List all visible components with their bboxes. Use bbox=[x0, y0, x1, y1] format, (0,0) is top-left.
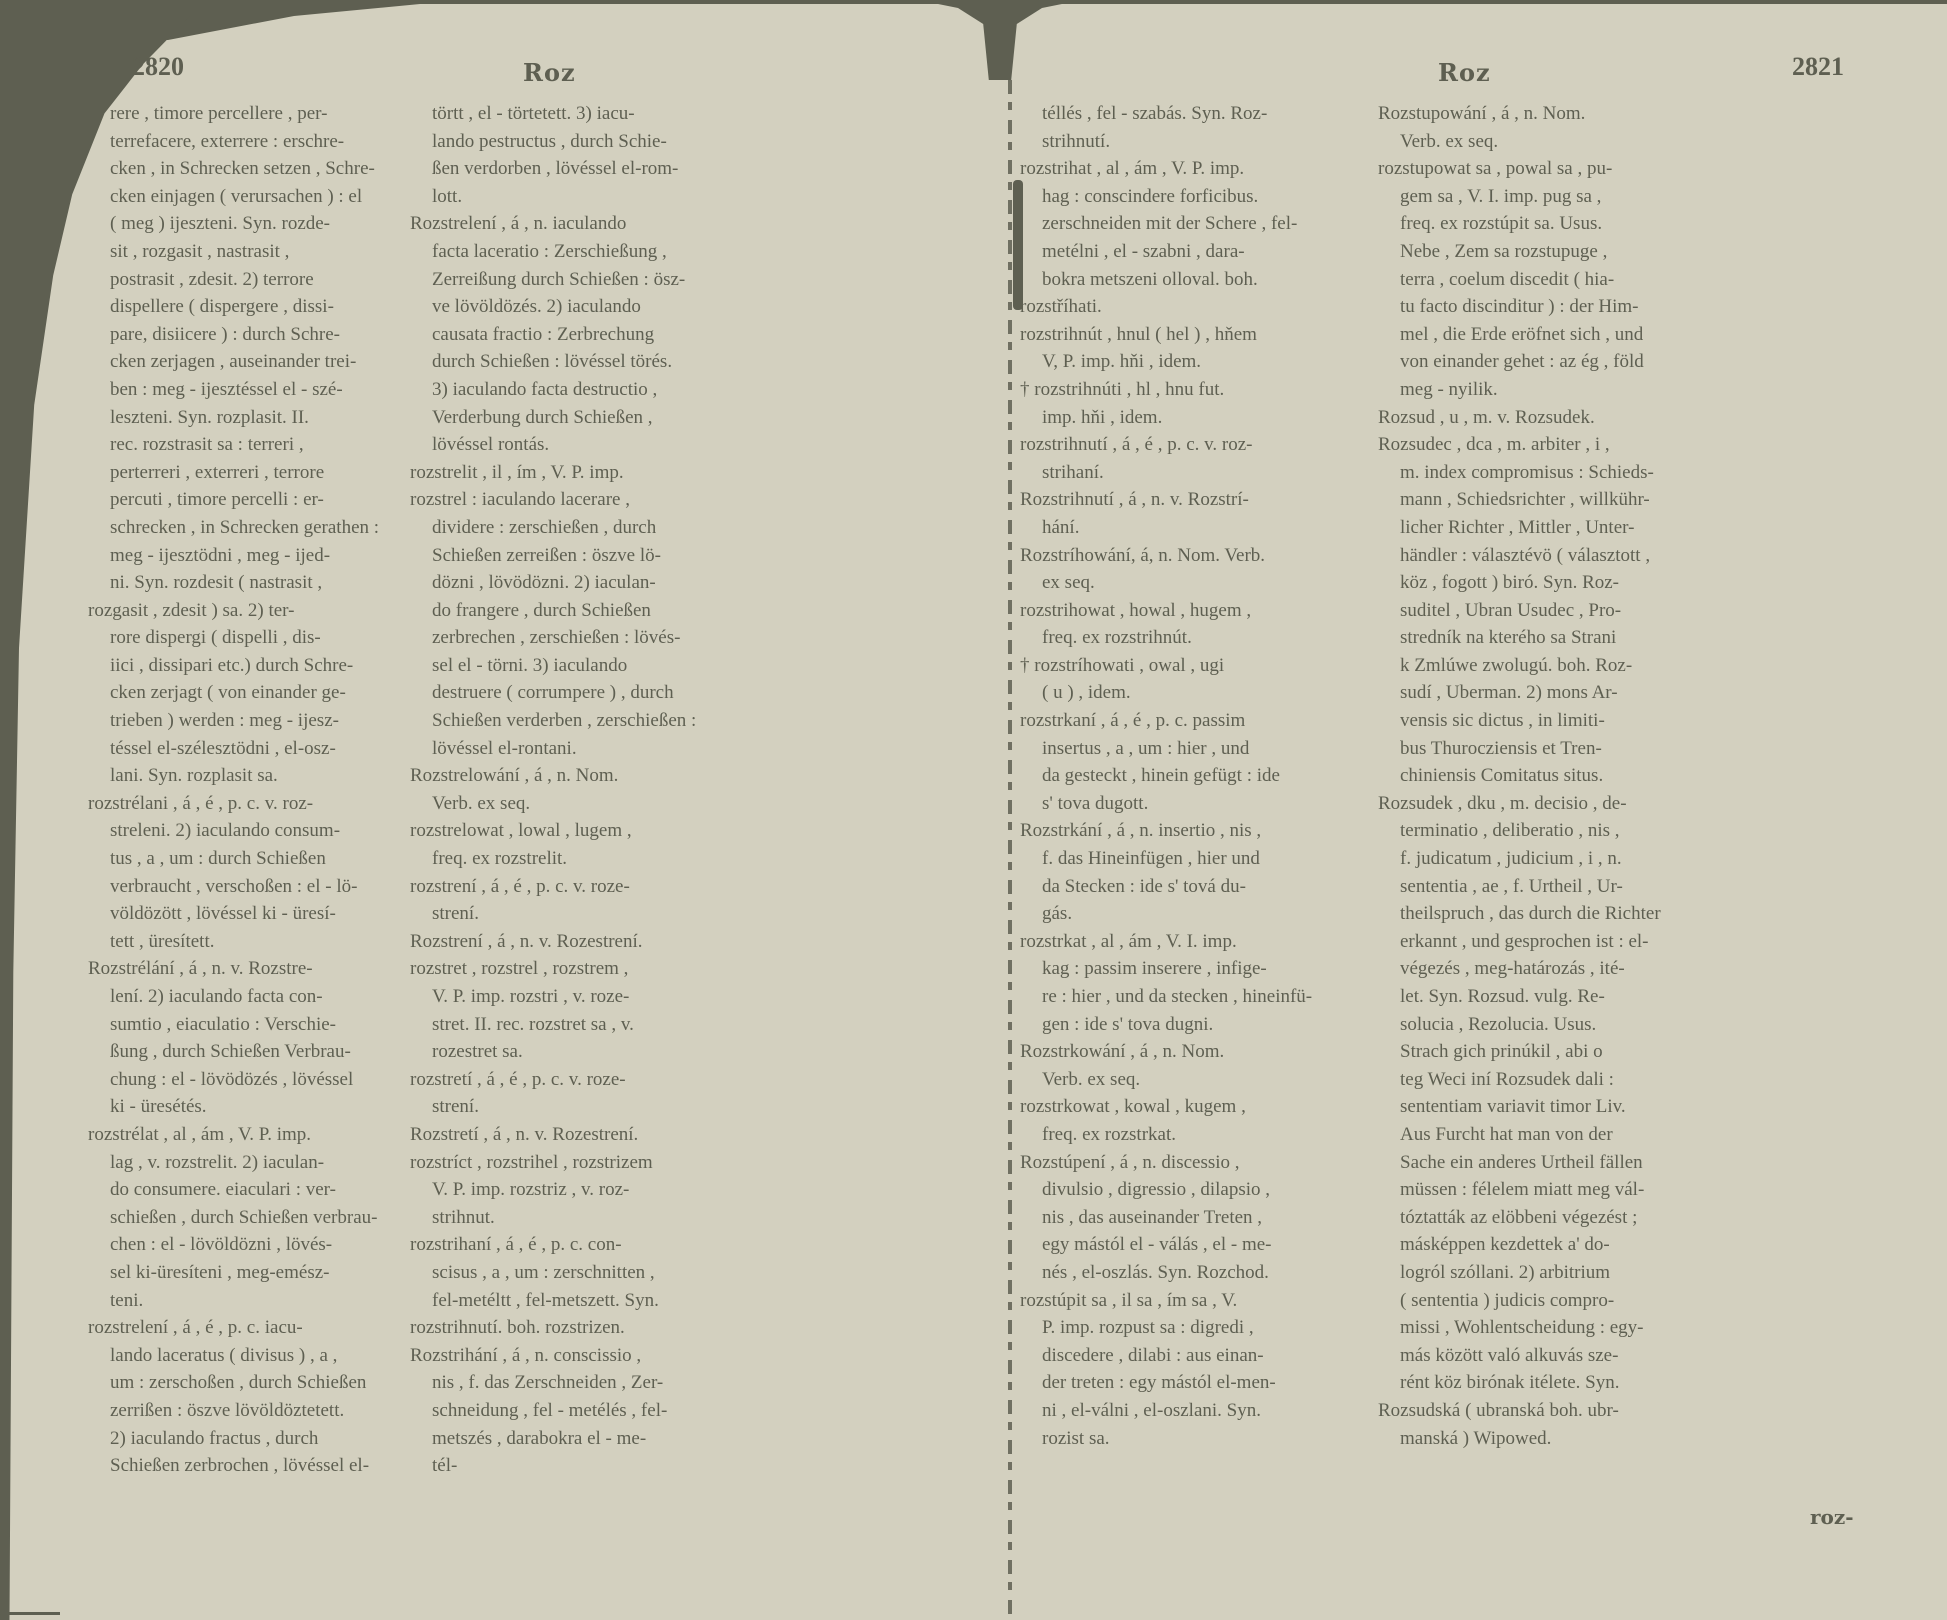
text-line: divulsio , digressio , dilapsio , bbox=[1020, 1176, 1372, 1204]
text-line: missi , Wohlentscheidung : egy- bbox=[1378, 1314, 1748, 1342]
text-line: sit , rozgasit , nastrasit , bbox=[88, 238, 438, 266]
text-line: dividere : zerschießen , durch bbox=[410, 514, 755, 542]
text-line: rozstříhati. bbox=[1020, 293, 1372, 321]
text-line: pare, disiicere ) : durch Schre- bbox=[88, 321, 438, 349]
text-line: hání. bbox=[1020, 514, 1372, 542]
text-line: f. judicatum , judicium , i , n. bbox=[1378, 845, 1748, 873]
text-line: Schießen verderben , zerschießen : bbox=[410, 707, 755, 735]
text-line: meg - nyilik. bbox=[1378, 376, 1748, 404]
text-line: Aus Furcht hat man von der bbox=[1378, 1121, 1748, 1149]
text-line: do frangere , durch Schießen bbox=[410, 597, 755, 625]
text-line: iici , dissipari etc.) durch Schre- bbox=[88, 652, 438, 680]
page-number-right: 2821 bbox=[1792, 52, 1844, 82]
text-line: lando pestructus , durch Schie- bbox=[410, 128, 755, 156]
text-line: müssen : félelem miatt meg vál- bbox=[1378, 1176, 1748, 1204]
text-line: 3) iaculando facta destructio , bbox=[410, 376, 755, 404]
text-line: tóztatták az elöbbeni végezést ; bbox=[1378, 1204, 1748, 1232]
text-line: da gesteckt , hinein gefügt : ide bbox=[1020, 762, 1372, 790]
text-line: lení. 2) iaculando facta con- bbox=[88, 983, 438, 1011]
text-line: cken einjagen ( verursachen ) : el bbox=[88, 183, 438, 211]
text-line: do consumere. eiaculari : ver- bbox=[88, 1176, 438, 1204]
text-line: Rozsudek , dku , m. decisio , de- bbox=[1378, 790, 1748, 818]
text-line: freq. ex rozstrelit. bbox=[410, 845, 755, 873]
text-line: scisus , a , um : zerschnitten , bbox=[410, 1259, 755, 1287]
text-line: nés , el-oszlás. Syn. Rozchod. bbox=[1020, 1259, 1372, 1287]
text-line: sel ki-üresíteni , meg-emész- bbox=[88, 1259, 438, 1287]
text-line: lövéssel el-rontani. bbox=[410, 735, 755, 763]
text-line: V. P. imp. rozstriz , v. roz- bbox=[410, 1176, 755, 1204]
text-line: Strach gich prinúkil , abi o bbox=[1378, 1038, 1748, 1066]
text-line: logról szóllani. 2) arbitrium bbox=[1378, 1259, 1748, 1287]
text-line: Rozsudská ( ubranská boh. ubr- bbox=[1378, 1397, 1748, 1425]
text-line: cken , in Schrecken setzen , Schre- bbox=[88, 155, 438, 183]
text-line: Schießen zerbrochen , lövéssel el- bbox=[88, 1452, 438, 1480]
text-line: rozstrelowat , lowal , lugem , bbox=[410, 817, 755, 845]
text-line: Rozstrelowání , á , n. Nom. bbox=[410, 762, 755, 790]
text-line: rozstrkaní , á , é , p. c. passim bbox=[1020, 707, 1372, 735]
text-line: rozist sa. bbox=[1020, 1425, 1372, 1453]
text-line: teg Weci iní Rozsudek dali : bbox=[1378, 1066, 1748, 1094]
text-line: hag : conscindere forficibus. bbox=[1020, 183, 1372, 211]
left-page-column-1: rere , timore percellere , per-terreface… bbox=[88, 100, 438, 1480]
text-line: schrecken , in Schrecken gerathen : bbox=[88, 514, 438, 542]
text-line: sudí , Uberman. 2) mons Ar- bbox=[1378, 679, 1748, 707]
text-line: stredník na kterého sa Strani bbox=[1378, 624, 1748, 652]
text-line: Rozsud , u , m. v. Rozsudek. bbox=[1378, 404, 1748, 432]
right-page-column-2: Rozstupowání , á , n. Nom.Verb. ex seq.r… bbox=[1378, 100, 1748, 1452]
text-line: freq. ex rozstrkat. bbox=[1020, 1121, 1372, 1149]
text-line: rozstrihaní , á , é , p. c. con- bbox=[410, 1231, 755, 1259]
text-line: Rozstrkowání , á , n. Nom. bbox=[1020, 1038, 1372, 1066]
text-line: rozstrihowat , howal , hugem , bbox=[1020, 597, 1372, 625]
text-line: facta laceratio : Zerschießung , bbox=[410, 238, 755, 266]
text-line: strihnutí. bbox=[1020, 128, 1372, 156]
text-line: durch Schießen : lövéssel törés. bbox=[410, 348, 755, 376]
text-line: V, P. imp. hňi , idem. bbox=[1020, 348, 1372, 376]
text-line: más között való alkuvás sze- bbox=[1378, 1342, 1748, 1370]
text-line: chung : el - lövödözés , lövéssel bbox=[88, 1066, 438, 1094]
text-line: Sache ein anderes Urtheil fällen bbox=[1378, 1149, 1748, 1177]
text-line: sententia , ae , f. Urtheil , Ur- bbox=[1378, 873, 1748, 901]
text-line: strení. bbox=[410, 900, 755, 928]
text-line: rozstúpit sa , il sa , ím sa , V. bbox=[1020, 1287, 1372, 1315]
text-line: vensis sic dictus , in limiti- bbox=[1378, 707, 1748, 735]
text-line: rozstríct , rozstrihel , rozstrizem bbox=[410, 1149, 755, 1177]
text-line: rozgasit , zdesit ) sa. 2) ter- bbox=[88, 597, 438, 625]
text-line: bus Thurocziensis et Tren- bbox=[1378, 735, 1748, 763]
text-line: rozstrihnutí. boh. rozstrizen. bbox=[410, 1314, 755, 1342]
text-line: gem sa , V. I. imp. pug sa , bbox=[1378, 183, 1748, 211]
text-line: terrefacere, exterrere : erschre- bbox=[88, 128, 438, 156]
text-line: egy mástól el - válás , el - me- bbox=[1020, 1231, 1372, 1259]
text-line: rozstrihnutí , á , é , p. c. v. roz- bbox=[1020, 431, 1372, 459]
text-line: rént köz birónak itélete. Syn. bbox=[1378, 1369, 1748, 1397]
text-line: lag , v. rozstrelit. 2) iaculan- bbox=[88, 1149, 438, 1177]
text-line: Rozstrihání , á , n. conscissio , bbox=[410, 1342, 755, 1370]
text-line: mann , Schiedsrichter , willkühr- bbox=[1378, 486, 1748, 514]
text-line: rozstrihat , al , ám , V. P. imp. bbox=[1020, 155, 1372, 183]
text-line: másképpen kezdettek a' do- bbox=[1378, 1231, 1748, 1259]
text-line: terra , coelum discedit ( hia- bbox=[1378, 266, 1748, 294]
text-line: mel , die Erde eröfnet sich , und bbox=[1378, 321, 1748, 349]
text-line: suditel , Ubran Usudec , Pro- bbox=[1378, 597, 1748, 625]
text-line: rec. rozstrasit sa : terreri , bbox=[88, 431, 438, 459]
text-line: stret. II. rec. rozstret sa , v. bbox=[410, 1011, 755, 1039]
text-line: metélni , el - szabni , dara- bbox=[1020, 238, 1372, 266]
text-line: percuti , timore percelli : er- bbox=[88, 486, 438, 514]
text-line: cken zerjagen , auseinander trei- bbox=[88, 348, 438, 376]
text-line: lott. bbox=[410, 183, 755, 211]
text-line: ben : meg - ijesztéssel el - szé- bbox=[88, 376, 438, 404]
text-line: Schießen zerreißen : öszve lö- bbox=[410, 542, 755, 570]
text-line: tu facto discinditur ) : der Him- bbox=[1378, 293, 1748, 321]
text-line: rozstrkat , al , ám , V. I. imp. bbox=[1020, 928, 1372, 956]
text-line: metszés , darabokra el - me- bbox=[410, 1425, 755, 1453]
text-line: Rozstupowání , á , n. Nom. bbox=[1378, 100, 1748, 128]
text-line: völdözött , lövéssel ki - üresí- bbox=[88, 900, 438, 928]
text-line: gás. bbox=[1020, 900, 1372, 928]
gutter-shadow-top bbox=[930, 0, 1070, 80]
text-line: Rozstrelení , á , n. iaculando bbox=[410, 210, 755, 238]
text-line: ßen verdorben , lövéssel el-rom- bbox=[410, 155, 755, 183]
text-line: let. Syn. Rozsud. vulg. Re- bbox=[1378, 983, 1748, 1011]
text-line: freq. ex rozstrihnút. bbox=[1020, 624, 1372, 652]
running-head-left: Roz bbox=[523, 58, 576, 87]
text-line: re : hier , und da stecken , hineinfü- bbox=[1020, 983, 1372, 1011]
text-line: rere , timore percellere , per- bbox=[88, 100, 438, 128]
text-line: licher Richter , Mittler , Unter- bbox=[1378, 514, 1748, 542]
text-line: strihnut. bbox=[410, 1204, 755, 1232]
text-line: tett , üresített. bbox=[88, 928, 438, 956]
text-line: causata fractio : Zerbrechung bbox=[410, 321, 755, 349]
text-line: bokra metszeni olloval. boh. bbox=[1020, 266, 1372, 294]
text-line: solucia , Rezolucia. Usus. bbox=[1378, 1011, 1748, 1039]
text-line: köz , fogott ) biró. Syn. Roz- bbox=[1378, 569, 1748, 597]
text-line: Rozstrélání , á , n. v. Rozstre- bbox=[88, 955, 438, 983]
text-line: Verb. ex seq. bbox=[1378, 128, 1748, 156]
text-line: rozstrelení , á , é , p. c. iacu- bbox=[88, 1314, 438, 1342]
catchword: roz- bbox=[1810, 1505, 1854, 1529]
scan-edge-bottom bbox=[0, 1612, 60, 1615]
running-head-right: Roz bbox=[1438, 58, 1491, 87]
text-line: Rozstrkání , á , n. insertio , nis , bbox=[1020, 817, 1372, 845]
text-line: verbraucht , verschoßen : el - lö- bbox=[88, 873, 438, 901]
text-line: Verb. ex seq. bbox=[410, 790, 755, 818]
text-line: s' tova dugott. bbox=[1020, 790, 1372, 818]
text-line: ni , el-válni , el-oszlani. Syn. bbox=[1020, 1397, 1372, 1425]
text-line: nis , das auseinander Treten , bbox=[1020, 1204, 1372, 1232]
text-line: téllés , fel - szabás. Syn. Roz- bbox=[1020, 100, 1372, 128]
text-line: rore dispergi ( dispelli , dis- bbox=[88, 624, 438, 652]
text-line: Rozstríhowání, á, n. Nom. Verb. bbox=[1020, 542, 1372, 570]
text-line: † rozstríhowati , owal , ugi bbox=[1020, 652, 1372, 680]
text-line: rozestret sa. bbox=[410, 1038, 755, 1066]
text-line: ex seq. bbox=[1020, 569, 1372, 597]
text-line: zerbrechen , zerschießen : lövés- bbox=[410, 624, 755, 652]
text-line: ve lövöldözés. 2) iaculando bbox=[410, 293, 755, 321]
right-page-column-1: téllés , fel - szabás. Syn. Roz-strihnut… bbox=[1020, 100, 1372, 1452]
text-line: rozstret , rozstrel , rozstrem , bbox=[410, 955, 755, 983]
text-line: nis , f. das Zerschneiden , Zer- bbox=[410, 1369, 755, 1397]
text-line: lövéssel rontás. bbox=[410, 431, 755, 459]
text-line: um : zerschoßen , durch Schießen bbox=[88, 1369, 438, 1397]
text-line: schießen , durch Schießen verbrau- bbox=[88, 1204, 438, 1232]
text-line: rozstrel : iaculando lacerare , bbox=[410, 486, 755, 514]
text-line: Nebe , Zem sa rozstupuge , bbox=[1378, 238, 1748, 266]
text-line: discedere , dilabi : aus einan- bbox=[1020, 1342, 1372, 1370]
text-line: kag : passim inserere , infige- bbox=[1020, 955, 1372, 983]
text-line: P. imp. rozpust sa : digredi , bbox=[1020, 1314, 1372, 1342]
text-line: rozstrkowat , kowal , kugem , bbox=[1020, 1093, 1372, 1121]
text-line: ( meg ) ijeszteni. Syn. rozde- bbox=[88, 210, 438, 238]
text-line: zerrißen : öszve lövöldöztetett. bbox=[88, 1397, 438, 1425]
text-line: fel-metéltt , fel-metszett. Syn. bbox=[410, 1287, 755, 1315]
text-line: schneidung , fel - metélés , fel- bbox=[410, 1397, 755, 1425]
text-line: végezés , meg-határozás , ité- bbox=[1378, 955, 1748, 983]
text-line: lando laceratus ( divisus ) , a , bbox=[88, 1342, 438, 1370]
text-line: ki - üresétés. bbox=[88, 1093, 438, 1121]
text-line: V. P. imp. rozstri , v. roze- bbox=[410, 983, 755, 1011]
text-line: 2) iaculando fractus , durch bbox=[88, 1425, 438, 1453]
text-line: rozstrélani , á , é , p. c. v. roz- bbox=[88, 790, 438, 818]
text-line: ( sententia ) judicis compro- bbox=[1378, 1287, 1748, 1315]
text-line: strihaní. bbox=[1020, 459, 1372, 487]
text-line: Rozstrihnutí , á , n. v. Rozstrí- bbox=[1020, 486, 1372, 514]
text-line: f. das Hineinfügen , hier und bbox=[1020, 845, 1372, 873]
gutter-line bbox=[1008, 80, 1012, 1620]
text-line: imp. hňi , idem. bbox=[1020, 404, 1372, 432]
text-line: insertus , a , um : hier , und bbox=[1020, 735, 1372, 763]
text-line: † rozstrihnúti , hl , hnu fut. bbox=[1020, 376, 1372, 404]
text-line: gen : ide s' tova dugni. bbox=[1020, 1011, 1372, 1039]
text-line: ni. Syn. rozdesit ( nastrasit , bbox=[88, 569, 438, 597]
text-line: von einander gehet : az ég , föld bbox=[1378, 348, 1748, 376]
text-line: lani. Syn. rozplasit sa. bbox=[88, 762, 438, 790]
text-line: trieben ) werden : meg - ijesz- bbox=[88, 707, 438, 735]
text-line: händler : választévö ( választott , bbox=[1378, 542, 1748, 570]
text-line: leszteni. Syn. rozplasit. II. bbox=[88, 404, 438, 432]
text-line: rozstretí , á , é , p. c. v. roze- bbox=[410, 1066, 755, 1094]
text-line: Rozstrení , á , n. v. Rozestrení. bbox=[410, 928, 755, 956]
text-line: Zerreißung durch Schießen : ösz- bbox=[410, 266, 755, 294]
text-line: chiniensis Comitatus situs. bbox=[1378, 762, 1748, 790]
text-line: rozstrélat , al , ám , V. P. imp. bbox=[88, 1121, 438, 1149]
text-line: freq. ex rozstúpit sa. Usus. bbox=[1378, 210, 1748, 238]
text-line: da Stecken : ide s' tová du- bbox=[1020, 873, 1372, 901]
text-line: dözni , lövödözni. 2) iaculan- bbox=[410, 569, 755, 597]
page-number-left: 2820 bbox=[132, 52, 184, 82]
text-line: k Zmlúwe zwolugú. boh. Roz- bbox=[1378, 652, 1748, 680]
text-line: streleni. 2) iaculando consum- bbox=[88, 817, 438, 845]
text-line: tél- bbox=[410, 1452, 755, 1480]
text-line: Rozstretí , á , n. v. Rozestrení. bbox=[410, 1121, 755, 1149]
text-line: sumtio , eiaculatio : Verschie- bbox=[88, 1011, 438, 1039]
text-line: téssel el-szélesztödni , el-osz- bbox=[88, 735, 438, 763]
text-line: ßung , durch Schießen Verbrau- bbox=[88, 1038, 438, 1066]
text-line: rozstupowat sa , powal sa , pu- bbox=[1378, 155, 1748, 183]
text-line: strení. bbox=[410, 1093, 755, 1121]
text-line: sel el - törni. 3) iaculando bbox=[410, 652, 755, 680]
text-line: destruere ( corrumpere ) , durch bbox=[410, 679, 755, 707]
text-line: Verb. ex seq. bbox=[1020, 1066, 1372, 1094]
text-line: cken zerjagt ( von einander ge- bbox=[88, 679, 438, 707]
text-line: ( u ) , idem. bbox=[1020, 679, 1372, 707]
text-line: perterreri , exterreri , terrore bbox=[88, 459, 438, 487]
text-line: Rozstúpení , á , n. discessio , bbox=[1020, 1149, 1372, 1177]
text-line: Rozsudec , dca , m. arbiter , i , bbox=[1378, 431, 1748, 459]
text-line: meg - ijesztödni , meg - ijed- bbox=[88, 542, 438, 570]
text-line: sententiam variavit timor Liv. bbox=[1378, 1093, 1748, 1121]
text-line: rozstrihnút , hnul ( hel ) , hňem bbox=[1020, 321, 1372, 349]
text-line: postrasit , zdesit. 2) terrore bbox=[88, 266, 438, 294]
text-line: teni. bbox=[88, 1287, 438, 1315]
text-line: chen : el - lövöldözni , lövés- bbox=[88, 1231, 438, 1259]
text-line: törtt , el - törtetett. 3) iacu- bbox=[410, 100, 755, 128]
text-line: zerschneiden mit der Schere , fel- bbox=[1020, 210, 1372, 238]
text-line: rozstrelit , il , ím , V. P. imp. bbox=[410, 459, 755, 487]
text-line: dispellere ( dispergere , dissi- bbox=[88, 293, 438, 321]
text-line: tus , a , um : durch Schießen bbox=[88, 845, 438, 873]
text-line: rozstrení , á , é , p. c. v. roze- bbox=[410, 873, 755, 901]
text-line: terminatio , deliberatio , nis , bbox=[1378, 817, 1748, 845]
left-page-column-2: törtt , el - törtetett. 3) iacu-lando pe… bbox=[410, 100, 755, 1480]
text-line: theilspruch , das durch die Richter bbox=[1378, 900, 1748, 928]
text-line: Verderbung durch Schießen , bbox=[410, 404, 755, 432]
text-line: der treten : egy mástól el-men- bbox=[1020, 1369, 1372, 1397]
text-line: erkannt , und gesprochen ist : el- bbox=[1378, 928, 1748, 956]
text-line: manská ) Wipowed. bbox=[1378, 1425, 1748, 1453]
text-line: m. index compromisus : Schieds- bbox=[1378, 459, 1748, 487]
